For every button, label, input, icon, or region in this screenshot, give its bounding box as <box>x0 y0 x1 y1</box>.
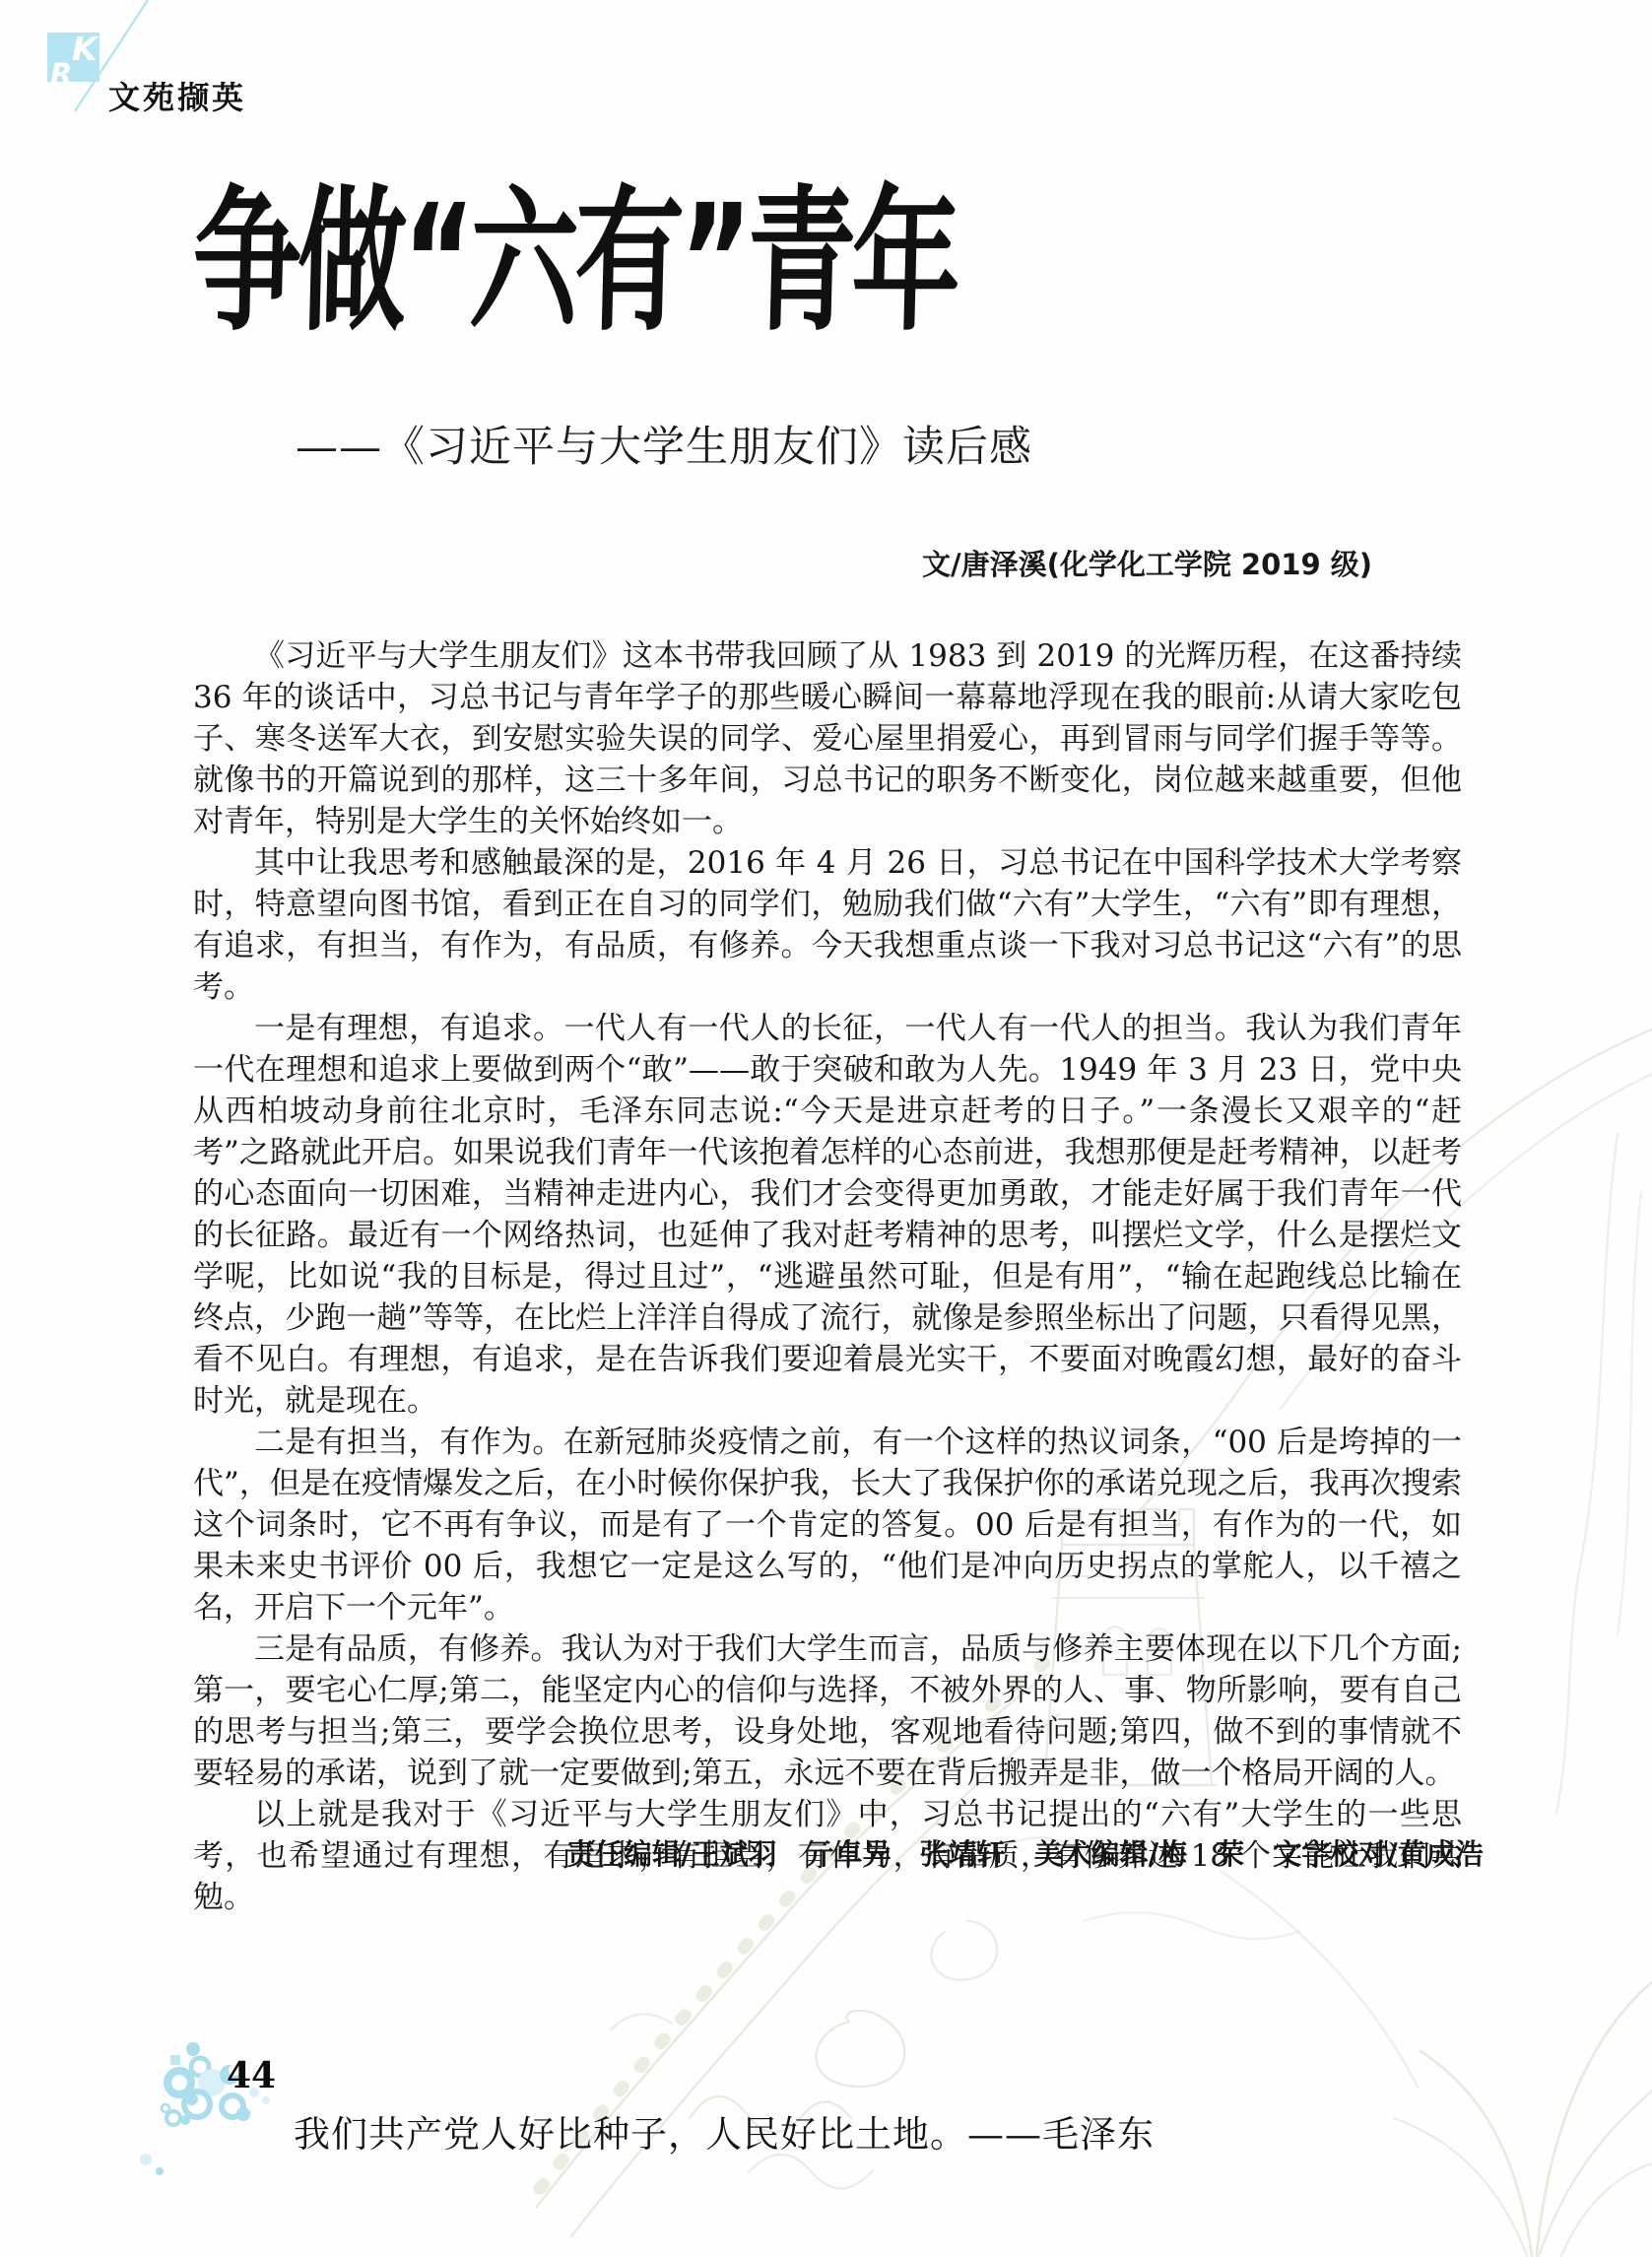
article-byline: 文/唐泽溪(化学化工学院 2019 级) <box>922 543 1372 583</box>
section-label: 文苑撷英 <box>108 73 246 118</box>
credits-line: 责任编辑/王斌羽 亓卓异 张靖轩 美术编辑/梅 荣 文字校对/黄成浩 <box>566 1832 1484 1873</box>
paragraph-3: 一是有理想，有追求。一代人有一代人的长征，一代人有一代人的担当。我认为我们青年一… <box>193 1008 1462 1422</box>
paragraph-1: 《习近平与大学生朋友们》这本书带我回顾了从 1983 到 2019 的光辉历程，… <box>193 635 1462 842</box>
footer-quote: 我们共产党人好比种子，人民好比土地。——毛泽东 <box>294 2104 1155 2157</box>
page-number: 44 <box>227 2055 276 2096</box>
logo-letter-k: K <box>72 30 99 68</box>
article-subtitle: ——《习近平与大学生朋友们》读后感 <box>296 414 1032 474</box>
paragraph-2: 其中让我思考和感触最深的是，2016 年 4 月 26 日，习总书记在中国科学技… <box>193 842 1462 1008</box>
magazine-page: { "header": { "logo": { "letter_k": "K",… <box>0 0 1652 2257</box>
paragraph-4: 二是有担当，有作为。在新冠肺炎疫情之前，有一个这样的热议词条，“00 后是垮掉的… <box>193 1422 1462 1628</box>
logo-letter-r: R <box>50 57 72 91</box>
article-title: 争做“六有”青年 <box>190 166 958 361</box>
article-body: 《习近平与大学生朋友们》这本书带我回顾了从 1983 到 2019 的光辉历程，… <box>193 635 1462 1918</box>
paragraph-5: 三是有品质，有修养。我认为对于我们大学生而言，品质与修养主要体现在以下几个方面;… <box>193 1628 1462 1794</box>
